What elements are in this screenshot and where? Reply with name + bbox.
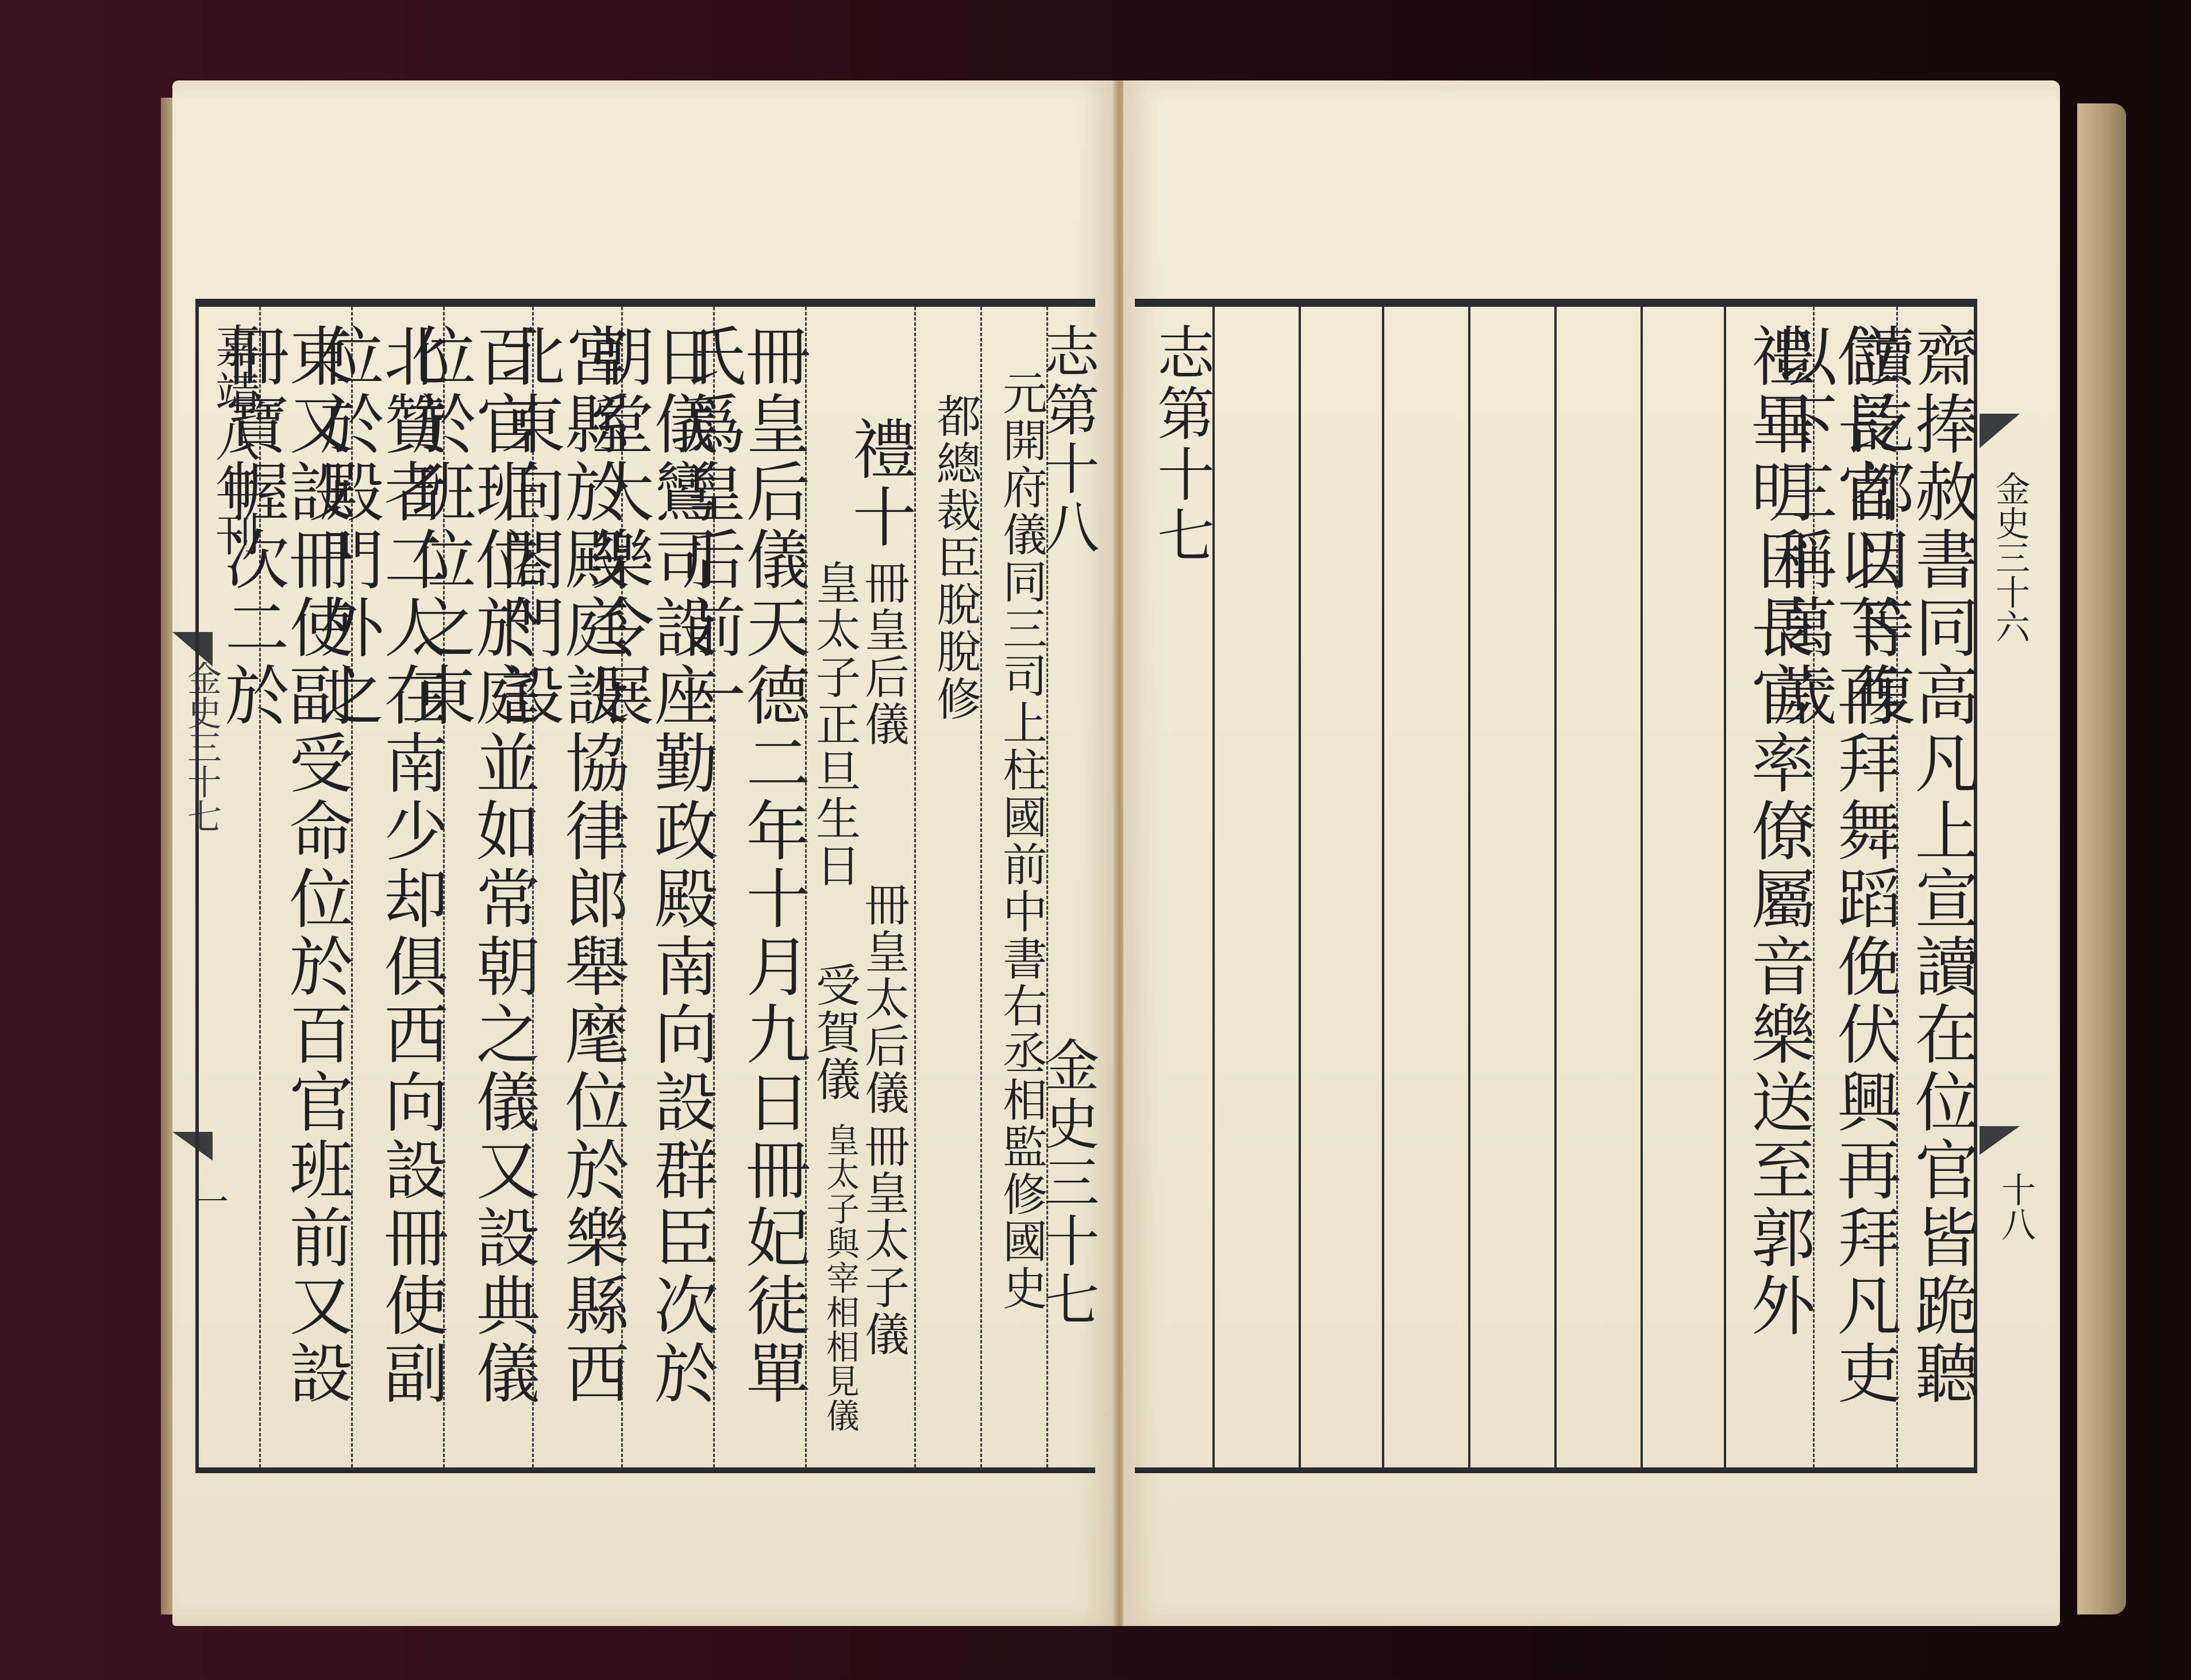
column-rule (1724, 307, 1726, 1467)
chapter-heading-book-title: 金史三十七 (1049, 307, 1095, 1467)
column-rule (1641, 307, 1643, 1467)
open-book: 金史三十七 一 嘉靖八年刊 東又設冊使副受命位於百官班前又設冊寶幄次二於 北贊者… (172, 80, 2086, 1632)
body-column-r1: 齋捧赦書同高凡上宣讀在位官皆跪聽讀訖都目等復 (1899, 307, 1974, 1467)
compiler-line-2: 都總裁臣脫脫修 (920, 307, 977, 1467)
contents-left-3: 皇太子與宰相相見儀 (817, 307, 857, 1467)
column-rule (1468, 307, 1470, 1467)
column-rule (805, 307, 807, 1467)
fore-edge (2077, 103, 2126, 1615)
column-rule (914, 307, 916, 1467)
right-fold-book-title: 金史三十六 (1985, 471, 2035, 644)
right-fold-leaf-number: 十八 (1991, 1172, 2040, 1241)
right-page: 志第十七 禮畢明日長官率僚屬音樂送至郭外 位長官以下再拜舞蹈俛伏興再拜凡吏以下三… (1123, 80, 2060, 1626)
body-column-5: 冊皇后儀天德二年十月九日冊妃徒單氏爲皇后前一 (719, 307, 805, 1467)
left-text-frame: 嘉靖八年刊 東又設冊使副受命位於百官班前又設冊寶幄次二於 北贊者二人在南少却俱西… (195, 299, 1095, 1473)
fold-fishtail-upper (1980, 414, 2020, 448)
left-page: 金史三十七 一 嘉靖八年刊 東又設冊使副受命位於百官班前又設冊寶幄次二於 北贊者… (172, 80, 1115, 1626)
right-text-frame: 志第十七 禮畢明日長官率僚屬音樂送至郭外 位長官以下再拜舞蹈俛伏興再拜凡吏以下三… (1135, 299, 1977, 1473)
column-rule (1382, 307, 1384, 1467)
column-rule (1554, 307, 1557, 1467)
chapter-end-heading: 志第十七 (1152, 307, 1210, 1467)
column-rule (980, 307, 982, 1467)
contents-right-3: 冊皇太子儀 (860, 307, 906, 1467)
fold-fishtail-lower (1980, 1126, 2020, 1155)
column-rule (1299, 307, 1301, 1467)
column-rule (1212, 307, 1215, 1467)
compiler-line-1: 元開府儀同三司上柱國前中書右丞相監修國史 (986, 307, 1043, 1467)
